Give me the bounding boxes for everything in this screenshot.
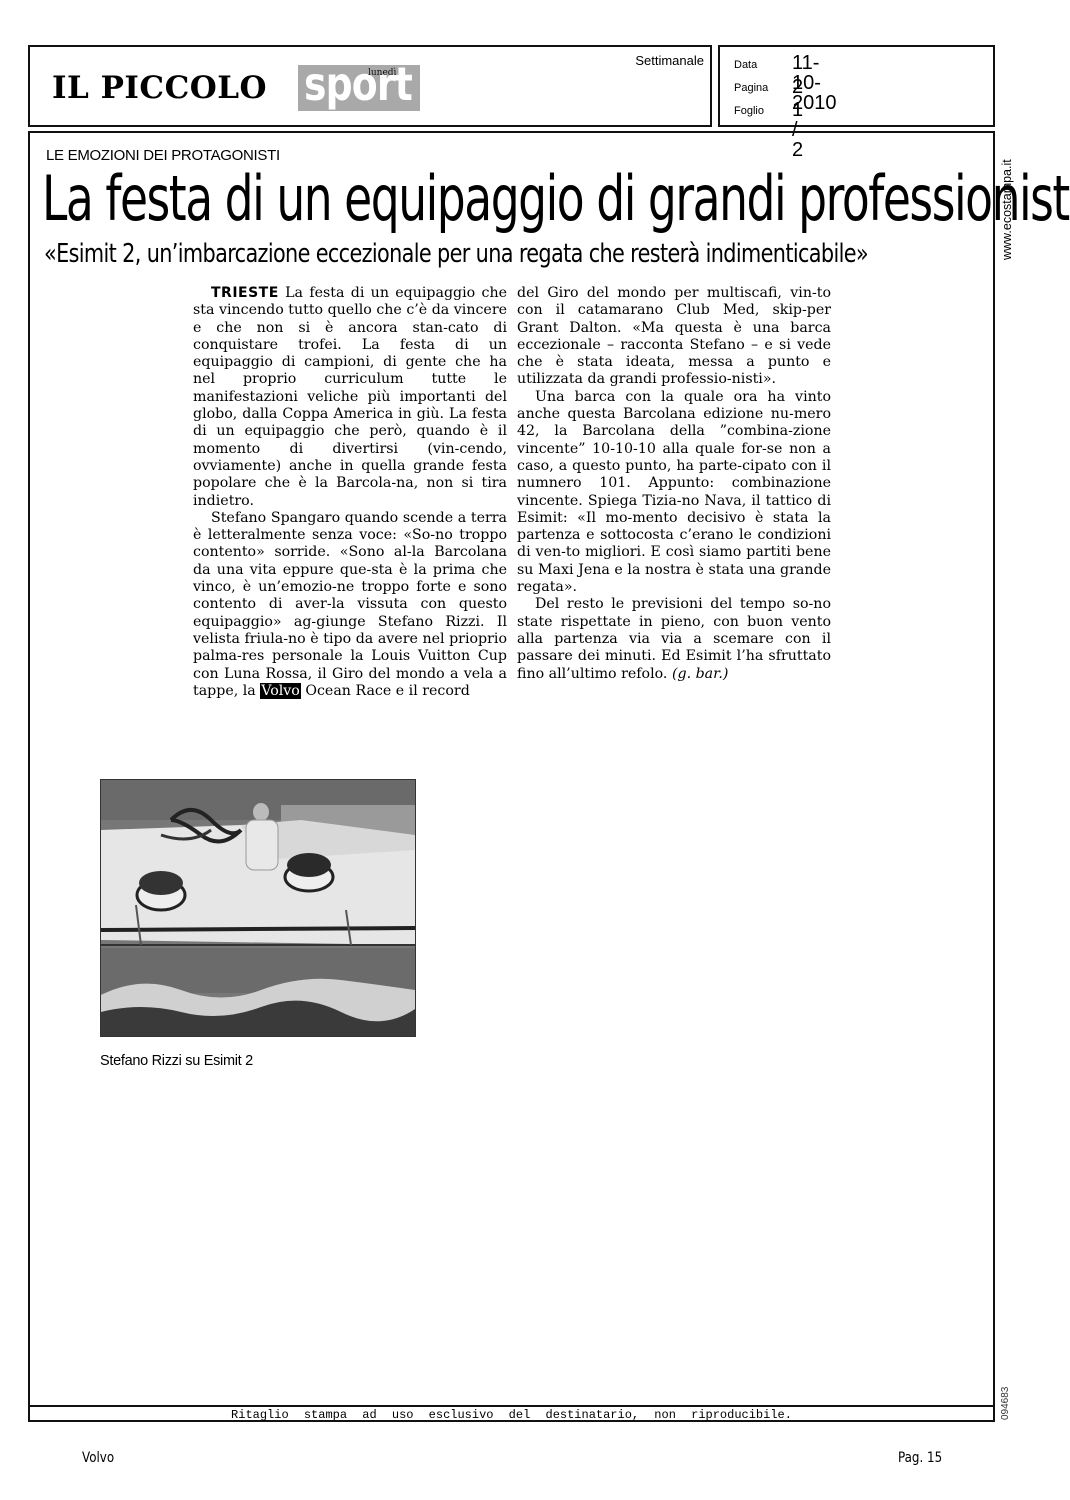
- paragraph: TRIESTE La festa di un equipaggio che st…: [193, 285, 507, 510]
- article-column-1: TRIESTE La festa di un equipaggio che st…: [193, 285, 507, 700]
- supplement-day: lunedì: [368, 68, 396, 78]
- dateline: TRIESTE: [211, 285, 279, 301]
- footer-page-number: Pag. 15: [898, 1450, 942, 1466]
- meta-label: Foglio: [734, 105, 794, 117]
- side-code-text: 094683: [1000, 1387, 1011, 1420]
- side-url-text: www.ecostampa.it: [1000, 159, 1014, 260]
- article-column-2: del Giro del mondo per multiscafi, vin-t…: [517, 285, 831, 683]
- author-signature: (g. bar.): [672, 666, 728, 682]
- highlighted-keyword: Volvo: [260, 683, 301, 699]
- side-code-label: 094683: [1000, 1370, 1020, 1420]
- newspaper-logo: IL PICCOLO: [52, 73, 267, 104]
- footer-client: Volvo: [82, 1450, 114, 1466]
- article-photo: [100, 779, 416, 1037]
- disclaimer-text: Ritaglio stampa ad uso esclusivo del des…: [30, 1408, 993, 1422]
- paragraph: Una barca con la quale ora ha vinto anch…: [517, 389, 831, 597]
- publication-frequency: Settimanale: [635, 53, 704, 68]
- article-subheadline: «Esimit 2, un’imbarcazione eccezionale p…: [44, 239, 868, 269]
- meta-label: Pagina: [734, 82, 794, 94]
- paragraph-text: Ocean Race e il record: [305, 683, 469, 699]
- yacht-deck-image: [101, 780, 415, 1036]
- photo-caption: Stefano Rizzi su Esimit 2: [100, 1053, 253, 1069]
- sport-supplement-badge: sport lunedì: [298, 65, 420, 111]
- article-headline: La festa di un equipaggio di grandi prof…: [42, 165, 1070, 233]
- disclaimer-divider: [30, 1405, 993, 1407]
- paragraph: Stefano Spangaro quando scende a terra è…: [193, 510, 507, 700]
- masthead-box: IL PICCOLO sport lunedì Settimanale: [28, 45, 712, 127]
- paragraph-text: Stefano Spangaro quando scende a terra è…: [193, 510, 507, 699]
- meta-value-page: 2: [792, 77, 803, 97]
- paragraph: Del resto le previsioni del tempo so-no …: [517, 596, 831, 682]
- side-url-label: www.ecostampa.it: [1000, 140, 1020, 260]
- paragraph: del Giro del mondo per multiscafi, vin-t…: [517, 285, 831, 389]
- clipping-meta-box: Data 11-10-2010 Pagina 2 Foglio 1 / 2: [718, 45, 995, 127]
- paragraph-text: La festa di un equipaggio che sta vincen…: [193, 285, 507, 509]
- meta-label: Data: [734, 59, 794, 71]
- article-box: LE EMOZIONI DEI PROTAGONISTI La festa di…: [28, 131, 995, 1422]
